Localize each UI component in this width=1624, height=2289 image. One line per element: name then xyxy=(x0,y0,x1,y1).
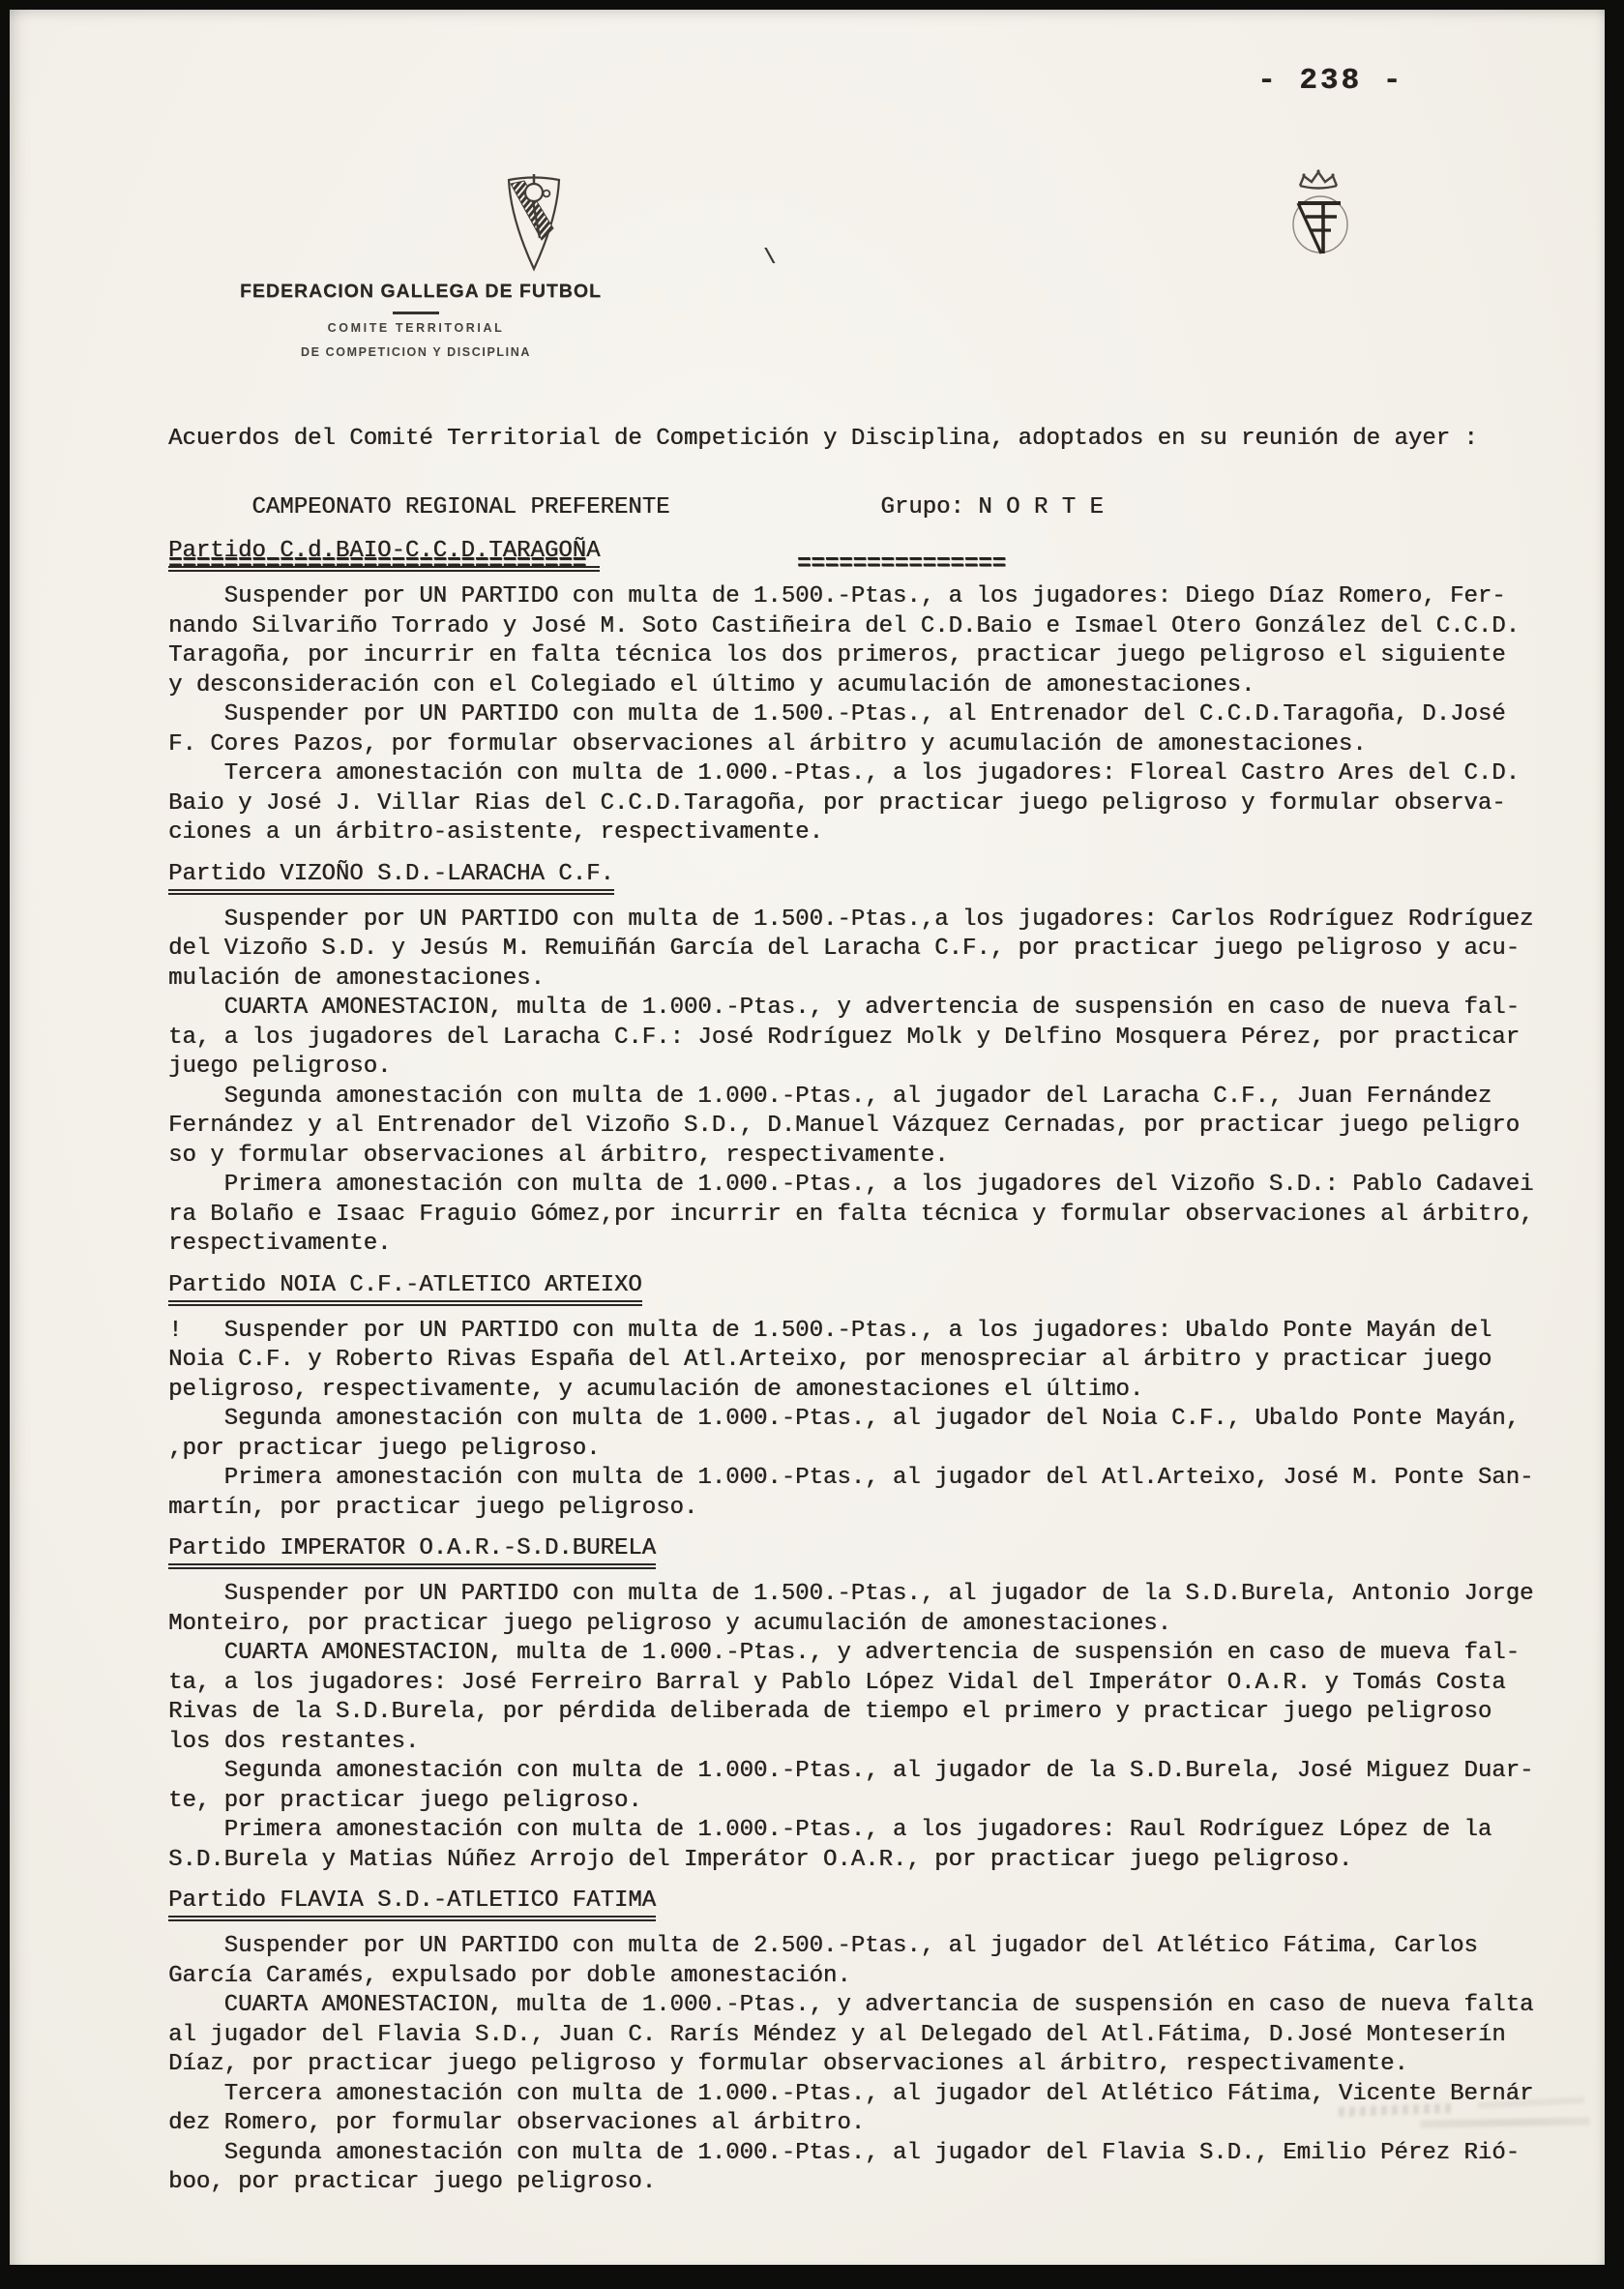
paper-sheet: - 238 - xyxy=(10,10,1605,2265)
federation-shield-crest-icon xyxy=(501,172,567,275)
document-body: Partido C.d.BAIO-C.C.D.TARAGOÑA Suspende… xyxy=(168,538,1586,2198)
section-title: Partido NOIA C.F.-ATLETICO ARTEIXO xyxy=(168,1272,642,1306)
section-title: Partido C.d.BAIO-C.C.D.TARAGOÑA xyxy=(168,538,600,572)
eraser-smudge xyxy=(1333,2097,1596,2148)
section-vizono-laracha: Partido VIZOÑO S.D.-LARACHA C.F. Suspend… xyxy=(168,848,1586,1260)
section-body: Suspender por UN PARTIDO con multa de 1.… xyxy=(168,1580,1586,1875)
stray-ink-mark: \ xyxy=(763,246,776,270)
section-body: Suspender por UN PARTIDO con multa de 1.… xyxy=(168,906,1586,1260)
letterhead-divider xyxy=(393,312,439,314)
section-title: Partido FLAVIA S.D.-ATLETICO FATIMA xyxy=(168,1888,656,1921)
page-number: - 238 - xyxy=(1257,64,1403,98)
section-body: Suspender por UN PARTIDO con multa de 2.… xyxy=(168,1932,1586,2198)
section-flavia-fatima: Partido FLAVIA S.D.-ATLETICO FATIMA Susp… xyxy=(168,1875,1586,2198)
letterhead: FEDERACION GALLEGA DE FUTBOL COMITE TERR… xyxy=(240,281,592,359)
section-noia-arteixo: Partido NOIA C.F.-ATLETICO ARTEIXO ! Sus… xyxy=(168,1260,1586,1524)
crown-monogram-crest-icon xyxy=(1286,164,1360,269)
intro-line: Acuerdos del Comité Territorial de Compe… xyxy=(168,426,1478,452)
scanned-page: { "page": { "number": "- 238 -", "letter… xyxy=(0,0,1624,2289)
letterhead-title: FEDERACION GALLEGA DE FUTBOL xyxy=(240,281,592,303)
section-title: Partido VIZOÑO S.D.-LARACHA C.F. xyxy=(168,861,614,895)
section-body: ! Suspender por UN PARTIDO con multa de … xyxy=(168,1317,1586,1524)
section-imperator-burela: Partido IMPERATOR O.A.R.-S.D.BURELA Susp… xyxy=(168,1523,1586,1875)
section-title: Partido IMPERATOR O.A.R.-S.D.BURELA xyxy=(168,1535,656,1569)
letterhead-subtitle-committee: COMITE TERRITORIAL xyxy=(240,321,592,335)
letterhead-subtitle-discipline: DE COMPETICION Y DISCIPLINA xyxy=(240,345,592,359)
group-label: Grupo: N O R T E xyxy=(880,494,1103,520)
section-baio-taragona: Partido C.d.BAIO-C.C.D.TARAGOÑA Suspende… xyxy=(168,538,1586,848)
section-body: Suspender por UN PARTIDO con multa de 1.… xyxy=(168,582,1586,848)
competition-name: CAMPEONATO REGIONAL PREFERENTE xyxy=(251,494,669,520)
